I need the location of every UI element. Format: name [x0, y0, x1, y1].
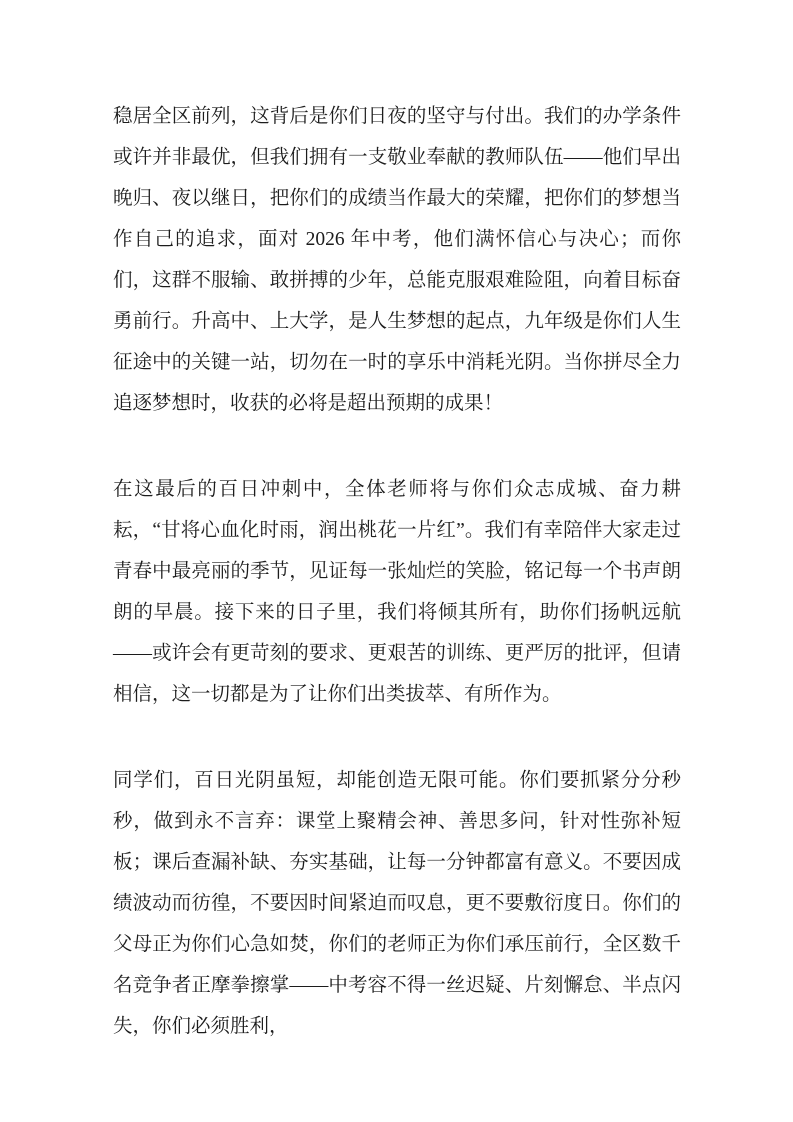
paragraph-1: 稳居全区前列，这背后是你们日夜的坚守与付出。我们的办学条件或许并非最优，但我们拥…: [113, 96, 681, 424]
document-page: 稳居全区前列，这背后是你们日夜的坚守与付出。我们的办学条件或许并非最优，但我们拥…: [0, 0, 793, 1122]
paragraph-3: 同学们，百日光阴虽短，却能创造无限可能。你们要抓紧分分秒秒，做到永不言弃：课堂上…: [113, 760, 681, 1047]
paragraph-2: 在这最后的百日冲刺中，全体老师将与你们众志成城、奋力耕耘，“甘将心血化时雨，润出…: [113, 469, 681, 715]
